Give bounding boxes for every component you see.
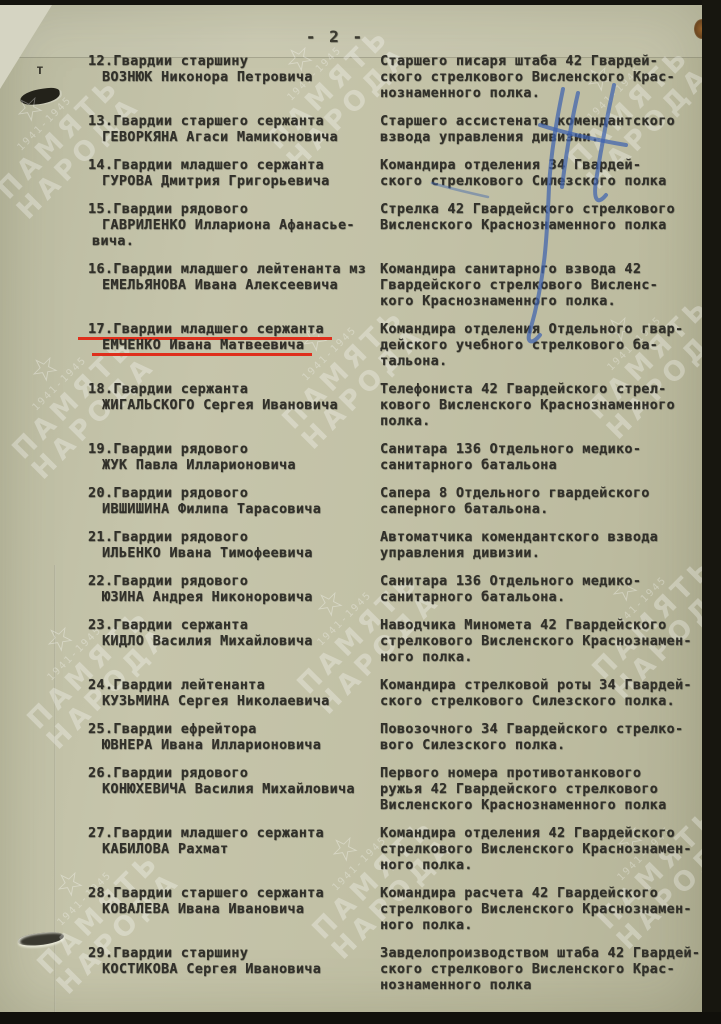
entry-position-line: Командира отделения 34 Гвардей- — [380, 157, 702, 173]
award-entry: 13.Гвардии старшего сержантаГЕВОРКЯНА Аг… — [88, 113, 702, 145]
entry-position-line: Телефониста 42 Гвардейского стрел- — [380, 381, 702, 397]
entry-number: 26. — [88, 765, 113, 781]
award-entry: 22.Гвардии рядовогоЮЗИНА Андрея Никоноро… — [88, 573, 702, 605]
entry-position-line: ного полка. — [380, 917, 702, 933]
entry-position-line: стрелкового Висленского Краснознамен- — [380, 901, 702, 917]
entry-name: ИЛЬЕНКО Ивана Тимофеевича — [102, 545, 313, 561]
award-entry: 18.Гвардии сержантаЖИГАЛЬСКОГО Сергея Ив… — [88, 381, 702, 429]
entry-position-line: Сапера 8 Отдельного гвардейского — [380, 485, 702, 501]
entry-name: КАБИЛОВА Рахмат — [102, 841, 228, 857]
entry-rank: 25.Гвардии ефрейтора — [88, 721, 257, 737]
entry-position-line: стрелкового Висленского Краснознамен- — [380, 841, 702, 857]
award-entry: 14.Гвардии младшего сержантаГУРОВА Дмитр… — [88, 157, 702, 189]
entry-number: 22. — [88, 573, 113, 589]
entry-position-line: Санитара 136 Отдельного медико- — [380, 441, 702, 457]
entry-number: 23. — [88, 617, 113, 633]
entry-number: 15. — [88, 201, 113, 217]
entry-number: 13. — [88, 113, 113, 129]
entry-position-line: тальона. — [380, 353, 702, 369]
award-entry: 16.Гвардии младшего лейтенанта мзЕМЕЛЬЯН… — [88, 261, 702, 309]
entry-position-line: Наводчика Миномета 42 Гвардейского — [380, 617, 702, 633]
award-entry: 27.Гвардии младшего сержантаКАБИЛОВА Рах… — [88, 825, 702, 873]
entry-number: 18. — [88, 381, 113, 397]
entry-position-line: нознаменного полка — [380, 977, 702, 993]
entry-rank: 19.Гвардии рядового — [88, 441, 248, 457]
entry-number: 19. — [88, 441, 113, 457]
award-entry: 19.Гвардии рядовогоЖУК Павла Илларионови… — [88, 441, 702, 473]
entry-position-line: полка. — [380, 413, 702, 429]
entry-number: 17. — [88, 321, 113, 337]
entry-name: ЮВНЕРА Ивана Илларионовича — [102, 737, 321, 753]
entry-rank: 28.Гвардии старшего сержанта — [88, 885, 324, 901]
entry-position-line: саперного батальона. — [380, 501, 702, 517]
entry-number: 21. — [88, 529, 113, 545]
entry-name: ИВШИШИНА Филипа Тарасовича — [102, 501, 321, 517]
entry-position-line: кого Краснознаменного полка. — [380, 293, 702, 309]
entry-name: КОНЮХЕВИЧА Василия Михайловича — [102, 781, 355, 797]
entry-rank: 24.Гвардии лейтенанта — [88, 677, 265, 693]
award-entry: 28.Гвардии старшего сержантаКОВАЛЕВА Ива… — [88, 885, 702, 933]
entry-name: КОСТИКОВА Сергея Ивановича — [102, 961, 321, 977]
entry-position-line: Висленского Краснознаменного полка — [380, 797, 702, 813]
entry-number: 27. — [88, 825, 113, 841]
entry-position-line: Стрелка 42 Гвардейского стрелкового — [380, 201, 702, 217]
entry-rank: 20.Гвардии рядового — [88, 485, 248, 501]
entry-position-line: санитарного батальона — [380, 457, 702, 473]
entry-position-line: Командира расчета 42 Гвардейского — [380, 885, 702, 901]
entry-position-line: Завделопроизводством штаба 42 Гвардей- — [380, 945, 702, 961]
entry-number: 20. — [88, 485, 113, 501]
stray-typed-letter: т — [36, 63, 44, 78]
entry-rank: 29.Гвардии старшину — [88, 945, 248, 961]
entry-name: КУЗЬМИНА Сергея Николаевича — [102, 693, 330, 709]
entry-position-line: ружья 42 Гвардейского стрелкового — [380, 781, 702, 797]
entry-number: 25. — [88, 721, 113, 737]
award-entry: 12.Гвардии старшинуВОЗНЮК Никонора Петро… — [88, 53, 702, 101]
scan-border — [0, 1012, 721, 1024]
entry-position-line: Командира стрелковой роты 34 Гвардей- — [380, 677, 702, 693]
entry-number: 14. — [88, 157, 113, 173]
entry-position-line: Командира отделения Отдельного гвар- — [380, 321, 702, 337]
award-entry: 15.Гвардии рядовогоГАВРИЛЕНКО Иллариона … — [88, 201, 702, 249]
entry-rank: 14.Гвардии младшего сержанта — [88, 157, 324, 173]
entry-name: ГАВРИЛЕНКО Иллариона Афанасье- — [102, 217, 355, 233]
entry-rank: 23.Гвардии сержанта — [88, 617, 248, 633]
entry-position-line: Старшего писаря штаба 42 Гвардей- — [380, 53, 702, 69]
entry-position-line: Первого номера противотанкового — [380, 765, 702, 781]
entry-position-line: Висленского Краснознаменного полка — [380, 217, 702, 233]
entry-number: 28. — [88, 885, 113, 901]
entry-name: ВОЗНЮК Никонора Петровича — [102, 69, 313, 85]
entry-position-line: Санитара 136 Отдельного медико- — [380, 573, 702, 589]
award-entry: 25.Гвардии ефрейтораЮВНЕРА Ивана Илларио… — [88, 721, 702, 753]
document-page: т ☆1941-1945ПАМЯТЬНАРОДА☆1941-1945ПАМЯТЬ… — [0, 5, 702, 1013]
entry-rank: 15.Гвардии рядового — [88, 201, 248, 217]
entry-position-line: Гвардейского стрелкового Висленс- — [380, 277, 702, 293]
entry-rank: 26.Гвардии рядового — [88, 765, 248, 781]
entry-position-line: управления дивизии. — [380, 545, 702, 561]
entry-name: ЕМЕЛЬЯНОВА Ивана Алексеевича — [102, 277, 338, 293]
entry-number: 16. — [88, 261, 113, 277]
entry-name: ГУРОВА Дмитрия Григорьевича — [102, 173, 330, 189]
award-entry: 17.Гвардии младшего сержантаЕМЧЕНКО Иван… — [88, 321, 702, 369]
entry-position-line: ского стрелкового Висленского Крас- — [380, 961, 702, 977]
entry-position-line: ного полка. — [380, 857, 702, 873]
entry-position-line: Командира санитарного взвода 42 — [380, 261, 702, 277]
entry-position-line: Старшего ассистената комендантского — [380, 113, 702, 129]
entry-position-line: Повозочного 34 Гвардейского стрелко- — [380, 721, 702, 737]
entry-rank: 21.Гвардии рядового — [88, 529, 248, 545]
entry-rank: 16.Гвардии младшего лейтенанта мз — [88, 261, 366, 277]
entry-position-line: вого Силезского полка. — [380, 737, 702, 753]
award-entry: 29.Гвардии старшинуКОСТИКОВА Сергея Иван… — [88, 945, 702, 993]
entry-position-line: стрелкового Висленского Краснознамен- — [380, 633, 702, 649]
entry-rank: 27.Гвардии младшего сержанта — [88, 825, 324, 841]
entry-position-line: ного полка. — [380, 649, 702, 665]
entry-rank: 22.Гвардии рядового — [88, 573, 248, 589]
award-entry: 26.Гвардии рядовогоКОНЮХЕВИЧА Василия Ми… — [88, 765, 702, 813]
entry-name: КИДЛО Василия Михайловича — [102, 633, 313, 649]
entry-position-line: взвода управления дивизии. — [380, 129, 702, 145]
entry-name: ЖИГАЛЬСКОГО Сергея Ивановича — [102, 397, 338, 413]
paper-crease — [54, 565, 56, 1013]
entry-position-line: ского стрелкового Силезского полка — [380, 173, 702, 189]
paper-tear — [18, 931, 65, 947]
award-entry: 23.Гвардии сержантаКИДЛО Василия Михайло… — [88, 617, 702, 665]
entry-rank: 18.Гвардии сержанта — [88, 381, 248, 397]
entry-rank: 12.Гвардии старшину — [88, 53, 248, 69]
entry-name: вича. — [92, 233, 134, 249]
entry-position-line: Командира отделения 42 Гвардейского — [380, 825, 702, 841]
entry-number: 24. — [88, 677, 113, 693]
award-entry: 20.Гвардии рядовогоИВШИШИНА Филипа Тарас… — [88, 485, 702, 517]
entry-name: ЖУК Павла Илларионовича — [102, 457, 296, 473]
entry-name: ЮЗИНА Андрея Никоноровича — [102, 589, 313, 605]
entry-name-red-underlined: ЕМЧЕНКО Ивана Матвеевича — [92, 337, 312, 353]
entry-number: 12. — [88, 53, 113, 69]
entry-position-line: Автоматчика комендантского взвода — [380, 529, 702, 545]
entry-position-line: ского стрелкового Висленского Крас- — [380, 69, 702, 85]
scan-border — [702, 0, 721, 1024]
page-number: - 2 - — [250, 27, 420, 46]
scanned-document: т ☆1941-1945ПАМЯТЬНАРОДА☆1941-1945ПАМЯТЬ… — [0, 0, 721, 1024]
entry-position-line: санитарного батальона. — [380, 589, 702, 605]
paper-tear — [19, 87, 61, 107]
award-list: 12.Гвардии старшинуВОЗНЮК Никонора Петро… — [88, 53, 702, 1005]
entry-position-line: ского стрелкового Силезского полка. — [380, 693, 702, 709]
award-entry: 21.Гвардии рядовогоИЛЬЕНКО Ивана Тимофее… — [88, 529, 702, 561]
entry-rank: 13.Гвардии старшего сержанта — [88, 113, 324, 129]
entry-rank-red-underlined: 17.Гвардии младшего сержанта — [78, 321, 332, 337]
entry-position-line: кового Висленского Краснознаменного — [380, 397, 702, 413]
entry-name: ГЕВОРКЯНА Агаси Мамиконовича — [102, 129, 338, 145]
award-entry: 24.Гвардии лейтенантаКУЗЬМИНА Сергея Ник… — [88, 677, 702, 709]
entry-number: 29. — [88, 945, 113, 961]
entry-position-line: нознаменного полка. — [380, 85, 702, 101]
entry-position-line: дейского учебного стрелкового ба- — [380, 337, 702, 353]
entry-name: КОВАЛЕВА Ивана Ивановича — [102, 901, 304, 917]
